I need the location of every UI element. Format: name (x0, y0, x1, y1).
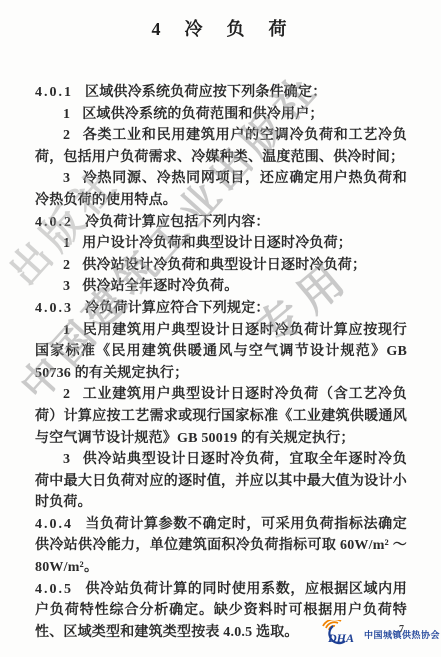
item-number: 1 (63, 236, 70, 251)
item-text: 用户设计冷负荷和典型设计日逐时冷负荷； (82, 236, 352, 251)
document-body: 4.0.1区域供冷系统负荷应按下列条件确定： 1区域供冷系统的负荷范围和供冷用户… (35, 82, 407, 643)
clause-4-0-2: 4.0.2冷负荷计算应包括下列内容： (35, 212, 407, 234)
clause-4-0-2-item-3: 3供冷站全年逐时冷负荷。 (35, 276, 407, 298)
item-text: 各类工业和民用建筑用户的空调冷负荷和工艺冷负荷，包括用户负荷需求、冷媒种类、温度… (35, 128, 407, 165)
item-number: 3 (63, 279, 70, 294)
item-text: 供冷站设计冷负荷和典型设计日逐时冷负荷； (82, 258, 366, 273)
clause-number: 4.0.4 (35, 517, 73, 532)
clause-text: 冷负荷计算应包括下列内容： (85, 215, 270, 230)
item-number: 1 (63, 323, 70, 338)
item-text: 工业建筑用户典型设计日逐时冷负荷（含工艺冷负荷）计算应按工艺需求或现行国家标准《… (35, 387, 407, 445)
clause-4-0-1-item-3: 3冷热同源、冷热同网项目，还应确定用户热负荷和冷热负荷的使用特点。 (35, 168, 407, 211)
clause-text: 区域供冷系统负荷应按下列条件确定： (85, 85, 326, 100)
clause-number: 4.0.1 (35, 85, 73, 100)
item-number: 3 (63, 452, 70, 467)
dha-logo: DHA (316, 620, 362, 648)
item-number: 2 (63, 258, 70, 273)
item-number: 1 (63, 107, 70, 122)
clause-number: 4.0.3 (35, 301, 73, 316)
clause-number: 4.0.5 (35, 582, 73, 597)
clause-4-0-1: 4.0.1区域供冷系统负荷应按下列条件确定： (35, 82, 407, 104)
clause-text: 冷负荷计算应符合下列规定： (85, 301, 270, 316)
item-text: 区域供冷系统的负荷范围和供冷用户； (82, 107, 323, 122)
footer-logo: DHA 中国城镇供热协会 (316, 620, 440, 648)
clause-text: 当负荷计算参数不确定时，可采用负荷指标法确定供冷站供冷能力，单位建筑面积冷负荷指… (35, 517, 407, 575)
item-number: 2 (63, 128, 70, 143)
item-number: 3 (63, 171, 70, 186)
chapter-title: 4 冷 负 荷 (0, 15, 441, 41)
clause-4-0-3-item-1: 1民用建筑用户典型设计日逐时冷负荷计算应按现行国家标准《民用建筑供暖通风与空气调… (35, 320, 407, 385)
page-number: 7 (399, 624, 404, 635)
document-page: 出版社 中国建筑工业出版社 专用 4 冷 负 荷 4.0.1区域供冷系统负荷应按… (0, 0, 441, 657)
clause-4-0-2-item-1: 1用户设计冷负荷和典型设计日逐时冷负荷； (35, 233, 407, 255)
logo-abbr: DHA (327, 631, 354, 645)
clause-4-0-1-item-1: 1区域供冷系统的负荷范围和供冷用户； (35, 104, 407, 126)
clause-4-0-1-item-2: 2各类工业和民用建筑用户的空调冷负荷和工艺冷负荷，包括用户负荷需求、冷媒种类、温… (35, 125, 407, 168)
clause-4-0-2-item-2: 2供冷站设计冷负荷和典型设计日逐时冷负荷； (35, 255, 407, 277)
item-text: 供冷站典型设计日逐时冷负荷，宜取全年逐时冷负荷中最大日负荷对应的逐时值，并应以其… (35, 452, 407, 510)
clause-4-0-3-item-3: 3供冷站典型设计日逐时冷负荷，宜取全年逐时冷负荷中最大日负荷对应的逐时值，并应以… (35, 449, 407, 514)
item-text: 供冷站全年逐时冷负荷。 (82, 279, 238, 294)
clause-4-0-3: 4.0.3冷负荷计算应符合下列规定： (35, 298, 407, 320)
item-number: 2 (63, 387, 70, 402)
clause-4-0-4: 4.0.4当负荷计算参数不确定时，可采用负荷指标法确定供冷站供冷能力，单位建筑面… (35, 514, 407, 579)
clause-number: 4.0.2 (35, 215, 73, 230)
clause-4-0-3-item-2: 2工业建筑用户典型设计日逐时冷负荷（含工艺冷负荷）计算应按工艺需求或现行国家标准… (35, 384, 407, 449)
item-text: 冷热同源、冷热同网项目，还应确定用户热负荷和冷热负荷的使用特点。 (35, 171, 407, 208)
item-text: 民用建筑用户典型设计日逐时冷负荷计算应按现行国家标准《民用建筑供暖通风与空气调节… (35, 323, 407, 381)
